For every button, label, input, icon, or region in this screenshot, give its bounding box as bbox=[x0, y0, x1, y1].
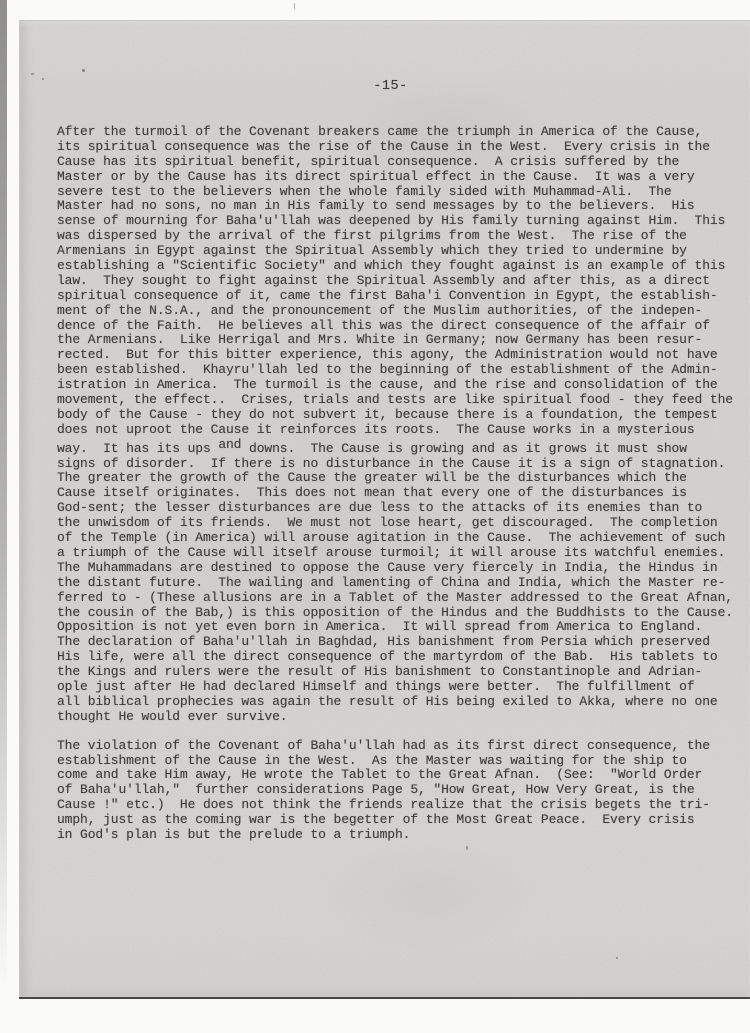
text-line: Master or by the Cause has its direct sp… bbox=[57, 170, 747, 185]
text-line: Opposition is not yet even born in Ameri… bbox=[57, 620, 747, 635]
text-line: establishing a "Scientific Society" and … bbox=[57, 259, 747, 274]
paper-speck bbox=[42, 78, 44, 80]
text-line: The Muhammadans are destined to oppose t… bbox=[57, 561, 747, 576]
paper-sheet: -15- After the turmoil of the Covenant b… bbox=[19, 20, 750, 999]
text-line: does not uproot the Cause it reinforces … bbox=[57, 423, 747, 438]
text-line: the Kings and rulers were the result of … bbox=[57, 665, 747, 680]
text-line: spiritual consequence of it, came the fi… bbox=[57, 289, 747, 304]
text-line: thought He would ever survive. bbox=[57, 710, 747, 725]
paper-speck bbox=[616, 957, 618, 959]
text-line: Cause !" etc.) He does not think the fri… bbox=[57, 798, 747, 813]
text-line: umph, just as the coming war is the bege… bbox=[57, 813, 747, 828]
text-line: God-sent; the lesser disturbances are du… bbox=[57, 501, 747, 516]
text-line: severe test to the believers when the wh… bbox=[57, 185, 747, 200]
text-line: establishment of the Cause in the West. … bbox=[57, 754, 747, 769]
text-line: rected. But for this bitter experience, … bbox=[57, 348, 747, 363]
text-line: its spiritual consequence was the rise o… bbox=[57, 140, 747, 155]
scanned-page: -15- After the turmoil of the Covenant b… bbox=[0, 0, 750, 1033]
paragraph: After the turmoil of the Covenant breake… bbox=[57, 125, 747, 725]
text-line: all biblical prophecies was again the re… bbox=[57, 695, 747, 710]
paragraph: The violation of the Covenant of Baha'u'… bbox=[57, 739, 747, 843]
text-line: The violation of the Covenant of Baha'u'… bbox=[57, 739, 747, 754]
text-line: the unwisdom of its friends. We must not… bbox=[57, 516, 747, 531]
text-line: of the Temple (in America) will arouse a… bbox=[57, 531, 747, 546]
text-line: signs of disorder. If there is no distur… bbox=[57, 457, 747, 472]
text-line: law. They sought to fight against the Sp… bbox=[57, 274, 747, 289]
text-line: way. It has its ups and downs. The Cause… bbox=[57, 442, 747, 457]
text-line: of Baha'u'llah," further considerations … bbox=[57, 783, 747, 798]
text-line: the cousin of the Bab,) is this oppositi… bbox=[57, 606, 747, 621]
paper-speck bbox=[466, 846, 468, 850]
document-body: After the turmoil of the Covenant breake… bbox=[57, 125, 747, 843]
text-line: ment of the N.S.A., and the pronouncemen… bbox=[57, 304, 747, 319]
scanner-edge-shadow bbox=[0, 0, 7, 990]
text-line: sense of mourning for Baha'u'llah was de… bbox=[57, 214, 747, 229]
text-line: Cause has its spiritual benefit, spiritu… bbox=[57, 155, 747, 170]
page-number: -15- bbox=[19, 79, 750, 94]
text-line: The greater the growth of the Cause the … bbox=[57, 471, 747, 486]
text-line: His life, were all the direct consequenc… bbox=[57, 650, 747, 665]
text-line: ople just after He had declared Himself … bbox=[57, 680, 747, 695]
raised-typed-correction: and bbox=[218, 437, 241, 452]
paper-speck bbox=[31, 73, 34, 75]
text-line: movement, the effect.. Crises, trials an… bbox=[57, 393, 747, 408]
text-line: After the turmoil of the Covenant breake… bbox=[57, 125, 747, 140]
text-line: dence of the Faith. He believes all this… bbox=[57, 319, 747, 334]
scanner-mark bbox=[294, 3, 295, 9]
paper-speck bbox=[82, 69, 85, 72]
text-line: istration in America. The turmoil is the… bbox=[57, 378, 747, 393]
text-line: body of the Cause - they do not subvert … bbox=[57, 408, 747, 423]
text-line: the distant future. The wailing and lame… bbox=[57, 576, 747, 591]
paper-stain bbox=[269, 821, 589, 971]
text-line: been established. Khayru'llah led to the… bbox=[57, 363, 747, 378]
text-line: The declaration of Baha'u'llah in Baghda… bbox=[57, 635, 747, 650]
text-line: in God's plan is but the prelude to a tr… bbox=[57, 828, 747, 843]
text-line: a triumph of the Cause will itself arous… bbox=[57, 546, 747, 561]
text-line: Master had no sons, no man in His family… bbox=[57, 199, 747, 214]
text-line: come and take Him away, He wrote the Tab… bbox=[57, 768, 747, 783]
text-line: Armenians in Egypt against the Spiritual… bbox=[57, 244, 747, 259]
text-line: was dispersed by the arrival of the firs… bbox=[57, 229, 747, 244]
text-line: the Armenians. Like Herrigal and Mrs. Wh… bbox=[57, 333, 747, 348]
text-line: Cause itself originates. This does not m… bbox=[57, 486, 747, 501]
text-line: ferred to - (These allusions are in a Ta… bbox=[57, 591, 747, 606]
